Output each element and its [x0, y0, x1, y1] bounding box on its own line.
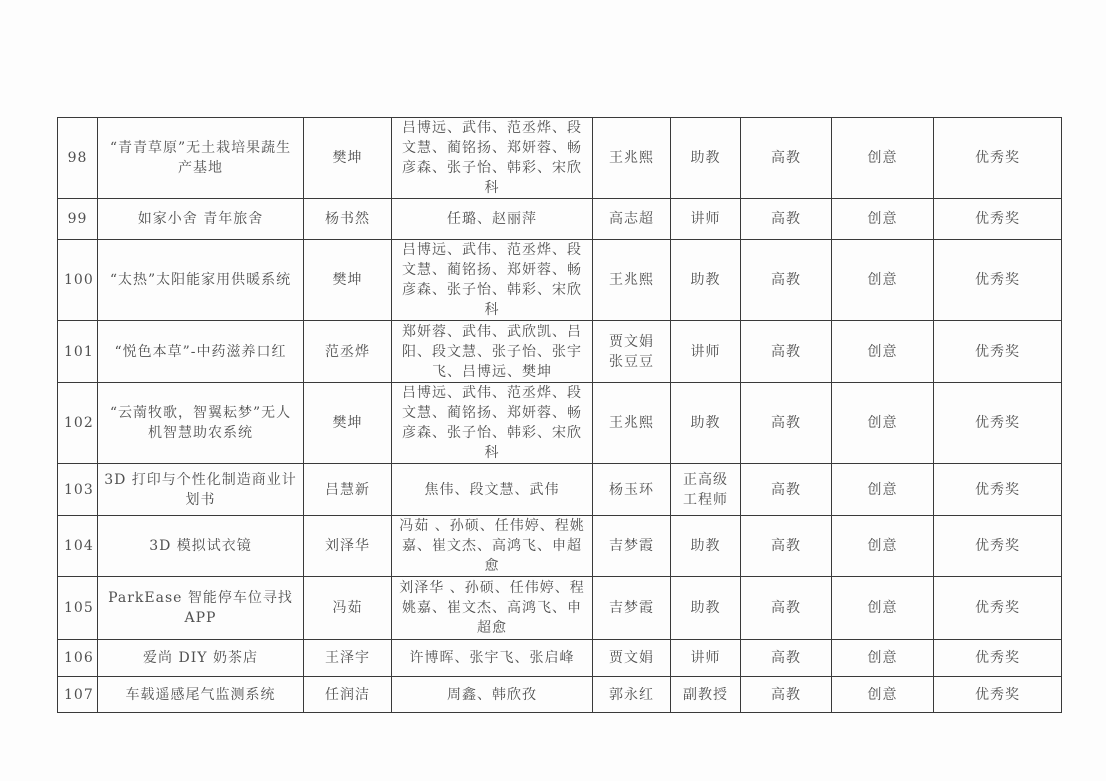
- table-row: 99如家小舍 青年旅舍杨书然任璐、赵丽萍高志超讲师高教创意优秀奖: [58, 199, 1062, 240]
- document-page: 98“青青草原”无土栽培果蔬生产基地樊坤吕博远、武伟、范丞烨、段文慧、蔺铭扬、郑…: [0, 0, 1106, 781]
- project-name-cell: “悦色本草”-中药滋养口红: [98, 321, 304, 383]
- project-name-cell: “太热”太阳能家用供暖系统: [98, 240, 304, 321]
- project-type-cell: 创意: [832, 118, 934, 199]
- project-name-cell: “云萳牧歌，智翼耘梦”无人机智慧助农系统: [98, 383, 304, 464]
- team-members-cell: 刘泽华 、孙硕、任伟婷、程姚嘉、崔文杰、高鸿飞、申超愈: [392, 577, 593, 640]
- advisor-title-cell: 讲师: [671, 199, 741, 240]
- project-type-cell: 创意: [832, 199, 934, 240]
- advisor-name-cell: 高志超: [593, 199, 671, 240]
- award-level-cell: 优秀奖: [934, 516, 1062, 577]
- project-type-cell: 创意: [832, 383, 934, 464]
- project-name-cell: 如家小舍 青年旅舍: [98, 199, 304, 240]
- project-leader-cell: 樊坤: [304, 118, 392, 199]
- project-leader-cell: 樊坤: [304, 383, 392, 464]
- row-number-cell: 101: [58, 321, 98, 383]
- row-number-cell: 99: [58, 199, 98, 240]
- table-row: 107车载遥感尾气监测系统任润洁周鑫、韩欣孜郭永红副教授高教创意优秀奖: [58, 677, 1062, 713]
- advisor-title-cell: 正高级工程师: [671, 464, 741, 516]
- project-type-cell: 创意: [832, 516, 934, 577]
- project-name-cell: 3D 打印与个性化制造商业计划书: [98, 464, 304, 516]
- project-leader-cell: 杨书然: [304, 199, 392, 240]
- row-number-cell: 100: [58, 240, 98, 321]
- table-row: 1043D 模拟试衣镜刘泽华冯茹 、孙硕、任伟婷、程姚嘉、崔文杰、高鸿飞、申超愈…: [58, 516, 1062, 577]
- category-cell: 高教: [741, 118, 832, 199]
- award-level-cell: 优秀奖: [934, 199, 1062, 240]
- award-level-cell: 优秀奖: [934, 677, 1062, 713]
- project-type-cell: 创意: [832, 240, 934, 321]
- category-cell: 高教: [741, 321, 832, 383]
- team-members-cell: 许博晖、张宇飞、张启峰: [392, 640, 593, 677]
- project-name-cell: 3D 模拟试衣镜: [98, 516, 304, 577]
- advisor-title-cell: 讲师: [671, 321, 741, 383]
- row-number-cell: 107: [58, 677, 98, 713]
- advisor-name-cell: 王兆熙: [593, 383, 671, 464]
- row-number-cell: 102: [58, 383, 98, 464]
- table-row: 101“悦色本草”-中药滋养口红范丞烨郑妍蓉、武伟、武欣凯、吕阳、段文慧、张子怡…: [58, 321, 1062, 383]
- project-name-cell: 车载遥感尾气监测系统: [98, 677, 304, 713]
- project-name-cell: 爱尚 DIY 奶茶店: [98, 640, 304, 677]
- advisor-title-cell: 讲师: [671, 640, 741, 677]
- table-row: 105ParkEase 智能停车位寻找 APP冯茹刘泽华 、孙硕、任伟婷、程姚嘉…: [58, 577, 1062, 640]
- project-leader-cell: 樊坤: [304, 240, 392, 321]
- team-members-cell: 郑妍蓉、武伟、武欣凯、吕阳、段文慧、张子怡、张宇飞、吕博远、樊坤: [392, 321, 593, 383]
- project-leader-cell: 范丞烨: [304, 321, 392, 383]
- team-members-cell: 任璐、赵丽萍: [392, 199, 593, 240]
- project-leader-cell: 吕慧新: [304, 464, 392, 516]
- project-leader-cell: 刘泽华: [304, 516, 392, 577]
- row-number-cell: 98: [58, 118, 98, 199]
- category-cell: 高教: [741, 464, 832, 516]
- advisor-title-cell: 副教授: [671, 677, 741, 713]
- advisor-title-cell: 助教: [671, 577, 741, 640]
- project-leader-cell: 任润洁: [304, 677, 392, 713]
- advisor-title-cell: 助教: [671, 240, 741, 321]
- project-type-cell: 创意: [832, 677, 934, 713]
- advisor-title-cell: 助教: [671, 516, 741, 577]
- project-name-cell: “青青草原”无土栽培果蔬生产基地: [98, 118, 304, 199]
- team-members-cell: 吕博远、武伟、范丞烨、段文慧、蔺铭扬、郑妍蓉、畅彦森、张子怡、韩彩、宋欣科: [392, 240, 593, 321]
- team-members-cell: 焦伟、段文慧、武伟: [392, 464, 593, 516]
- category-cell: 高教: [741, 640, 832, 677]
- advisor-name-cell: 贾文娟张豆豆: [593, 321, 671, 383]
- table-row: 1033D 打印与个性化制造商业计划书吕慧新焦伟、段文慧、武伟杨玉环正高级工程师…: [58, 464, 1062, 516]
- award-level-cell: 优秀奖: [934, 577, 1062, 640]
- table-row: 100“太热”太阳能家用供暖系统樊坤吕博远、武伟、范丞烨、段文慧、蔺铭扬、郑妍蓉…: [58, 240, 1062, 321]
- award-level-cell: 优秀奖: [934, 640, 1062, 677]
- row-number-cell: 104: [58, 516, 98, 577]
- award-level-cell: 优秀奖: [934, 240, 1062, 321]
- awards-table: 98“青青草原”无土栽培果蔬生产基地樊坤吕博远、武伟、范丞烨、段文慧、蔺铭扬、郑…: [57, 117, 1062, 713]
- category-cell: 高教: [741, 577, 832, 640]
- project-type-cell: 创意: [832, 464, 934, 516]
- table-row: 98“青青草原”无土栽培果蔬生产基地樊坤吕博远、武伟、范丞烨、段文慧、蔺铭扬、郑…: [58, 118, 1062, 199]
- team-members-cell: 冯茹 、孙硕、任伟婷、程姚嘉、崔文杰、高鸿飞、申超愈: [392, 516, 593, 577]
- advisor-name-cell: 吉梦霞: [593, 577, 671, 640]
- category-cell: 高教: [741, 516, 832, 577]
- table-row: 102“云萳牧歌，智翼耘梦”无人机智慧助农系统樊坤吕博远、武伟、范丞烨、段文慧、…: [58, 383, 1062, 464]
- award-level-cell: 优秀奖: [934, 321, 1062, 383]
- category-cell: 高教: [741, 240, 832, 321]
- table-body: 98“青青草原”无土栽培果蔬生产基地樊坤吕博远、武伟、范丞烨、段文慧、蔺铭扬、郑…: [58, 118, 1062, 713]
- advisor-name-cell: 杨玉环: [593, 464, 671, 516]
- project-name-cell: ParkEase 智能停车位寻找 APP: [98, 577, 304, 640]
- category-cell: 高教: [741, 199, 832, 240]
- project-type-cell: 创意: [832, 640, 934, 677]
- project-type-cell: 创意: [832, 321, 934, 383]
- award-level-cell: 优秀奖: [934, 118, 1062, 199]
- row-number-cell: 103: [58, 464, 98, 516]
- team-members-cell: 周鑫、韩欣孜: [392, 677, 593, 713]
- category-cell: 高教: [741, 383, 832, 464]
- team-members-cell: 吕博远、武伟、范丞烨、段文慧、蔺铭扬、郑妍蓉、畅彦森、张子怡、韩彩、宋欣科: [392, 118, 593, 199]
- advisor-name-cell: 王兆熙: [593, 118, 671, 199]
- category-cell: 高教: [741, 677, 832, 713]
- advisor-name-cell: 郭永红: [593, 677, 671, 713]
- table-row: 106爱尚 DIY 奶茶店王泽宇许博晖、张宇飞、张启峰贾文娟讲师高教创意优秀奖: [58, 640, 1062, 677]
- advisor-title-cell: 助教: [671, 383, 741, 464]
- advisor-name-cell: 贾文娟: [593, 640, 671, 677]
- award-level-cell: 优秀奖: [934, 464, 1062, 516]
- row-number-cell: 105: [58, 577, 98, 640]
- advisor-title-cell: 助教: [671, 118, 741, 199]
- advisor-name-cell: 王兆熙: [593, 240, 671, 321]
- project-type-cell: 创意: [832, 577, 934, 640]
- award-level-cell: 优秀奖: [934, 383, 1062, 464]
- project-leader-cell: 冯茹: [304, 577, 392, 640]
- row-number-cell: 106: [58, 640, 98, 677]
- team-members-cell: 吕博远、武伟、范丞烨、段文慧、蔺铭扬、郑妍蓉、畅彦森、张子怡、韩彩、宋欣科: [392, 383, 593, 464]
- advisor-name-cell: 吉梦霞: [593, 516, 671, 577]
- project-leader-cell: 王泽宇: [304, 640, 392, 677]
